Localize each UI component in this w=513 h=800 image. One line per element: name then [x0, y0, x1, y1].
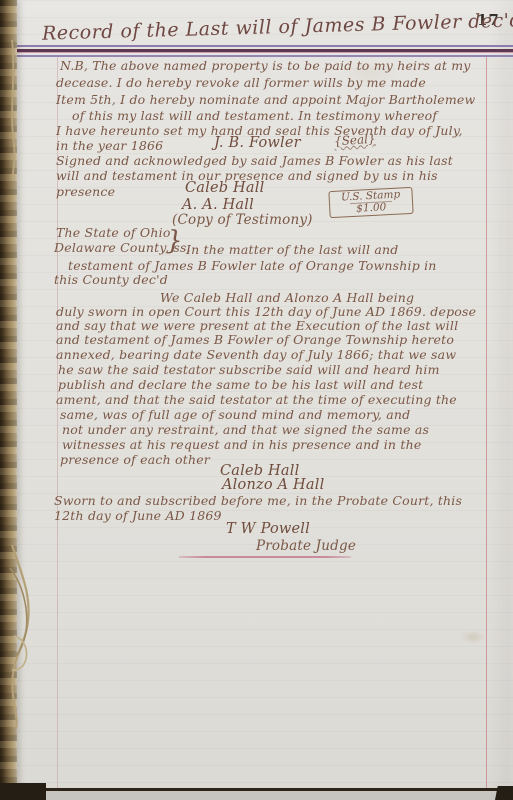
next-page-edge [0, 791, 513, 800]
closing-rule [179, 556, 351, 558]
header-rule [15, 45, 513, 58]
manuscript-line: witnesses at his request and in his pres… [62, 437, 421, 452]
paper-stain [460, 630, 486, 644]
manuscript-line: of this my last will and testament. In t… [72, 108, 437, 123]
manuscript-line: presence [56, 184, 115, 199]
manuscript-line: We Caleb Hall and Alonzo A Hall being [160, 290, 414, 305]
manuscript-line: testament of James B Fowler late of Oran… [68, 258, 437, 273]
rule-line-maroon [15, 49, 513, 53]
margin-line-right [486, 56, 487, 788]
binding-fiber [4, 40, 26, 180]
probate-judge-label: Probate Judge [256, 538, 356, 554]
binding-strings [2, 540, 42, 730]
manuscript-line: and testament of James B Fowler of Orang… [56, 332, 454, 347]
manuscript-line: and say that we were present at the Exec… [56, 318, 458, 333]
signature-aa-hall: A. A. Hall [182, 197, 254, 213]
signature-jb-fowler: J. B. Fowler [214, 135, 301, 151]
page-title: Record of the Last will of James B Fowle… [42, 11, 452, 44]
rule-line-purple-top [15, 45, 513, 47]
manuscript-line: not under any restraint, and that we sig… [62, 422, 429, 437]
ledger-page: 17 Record of the Last will of James B Fo… [0, 0, 513, 800]
manuscript-line: In the matter of the last will and [186, 242, 399, 257]
manuscript-line: he saw the said testator subscribe said … [58, 362, 440, 377]
rule-line-purple-bottom [15, 55, 513, 57]
seal-mark: {Seal} [334, 132, 376, 149]
signature-alonzo-hall: Alonzo A Hall [222, 477, 324, 493]
copy-of-testimony-label: (Copy of Testimony) [172, 212, 313, 228]
manuscript-line: N.B, The above named property is to be p… [60, 58, 471, 73]
county-brace: } [166, 226, 183, 256]
manuscript-line: Sworn to and subscribed before me, in th… [54, 493, 462, 508]
bottom-left-corner [0, 783, 46, 800]
manuscript-line: this County dec'd [54, 272, 168, 287]
bottom-right-corner [495, 786, 513, 800]
manuscript-line: publish and declare the same to be his l… [58, 377, 423, 392]
manuscript-line: presence of each other [60, 452, 210, 467]
manuscript-line: duly sworn in open Court this 12th day o… [56, 304, 476, 319]
page-bottom-edge [42, 788, 513, 791]
manuscript-line: annexed, bearing date Seventh day of Jul… [56, 347, 456, 362]
manuscript-line: ament, and that the said testator at the… [56, 392, 457, 407]
manuscript-line: 12th day of June AD 1869 [54, 508, 222, 523]
manuscript-line: Signed and acknowledged by said James B … [56, 153, 453, 168]
revenue-stamp-box: U.S. Stamp $1.00 [328, 187, 413, 218]
manuscript-line: decease. I do hereby revoke all former w… [56, 75, 426, 90]
signature-caleb-hall: Caleb Hall [185, 180, 264, 196]
manuscript-line: The State of Ohio [56, 225, 171, 240]
manuscript-line: in the year 1866 [56, 138, 163, 153]
signature-tw-powell: T W Powell [226, 521, 310, 537]
stamp-text-2: $1.00 [350, 201, 393, 215]
manuscript-line: same, was of full age of sound mind and … [60, 407, 410, 422]
manuscript-line: Item 5th, I do hereby nominate and appoi… [56, 92, 475, 107]
